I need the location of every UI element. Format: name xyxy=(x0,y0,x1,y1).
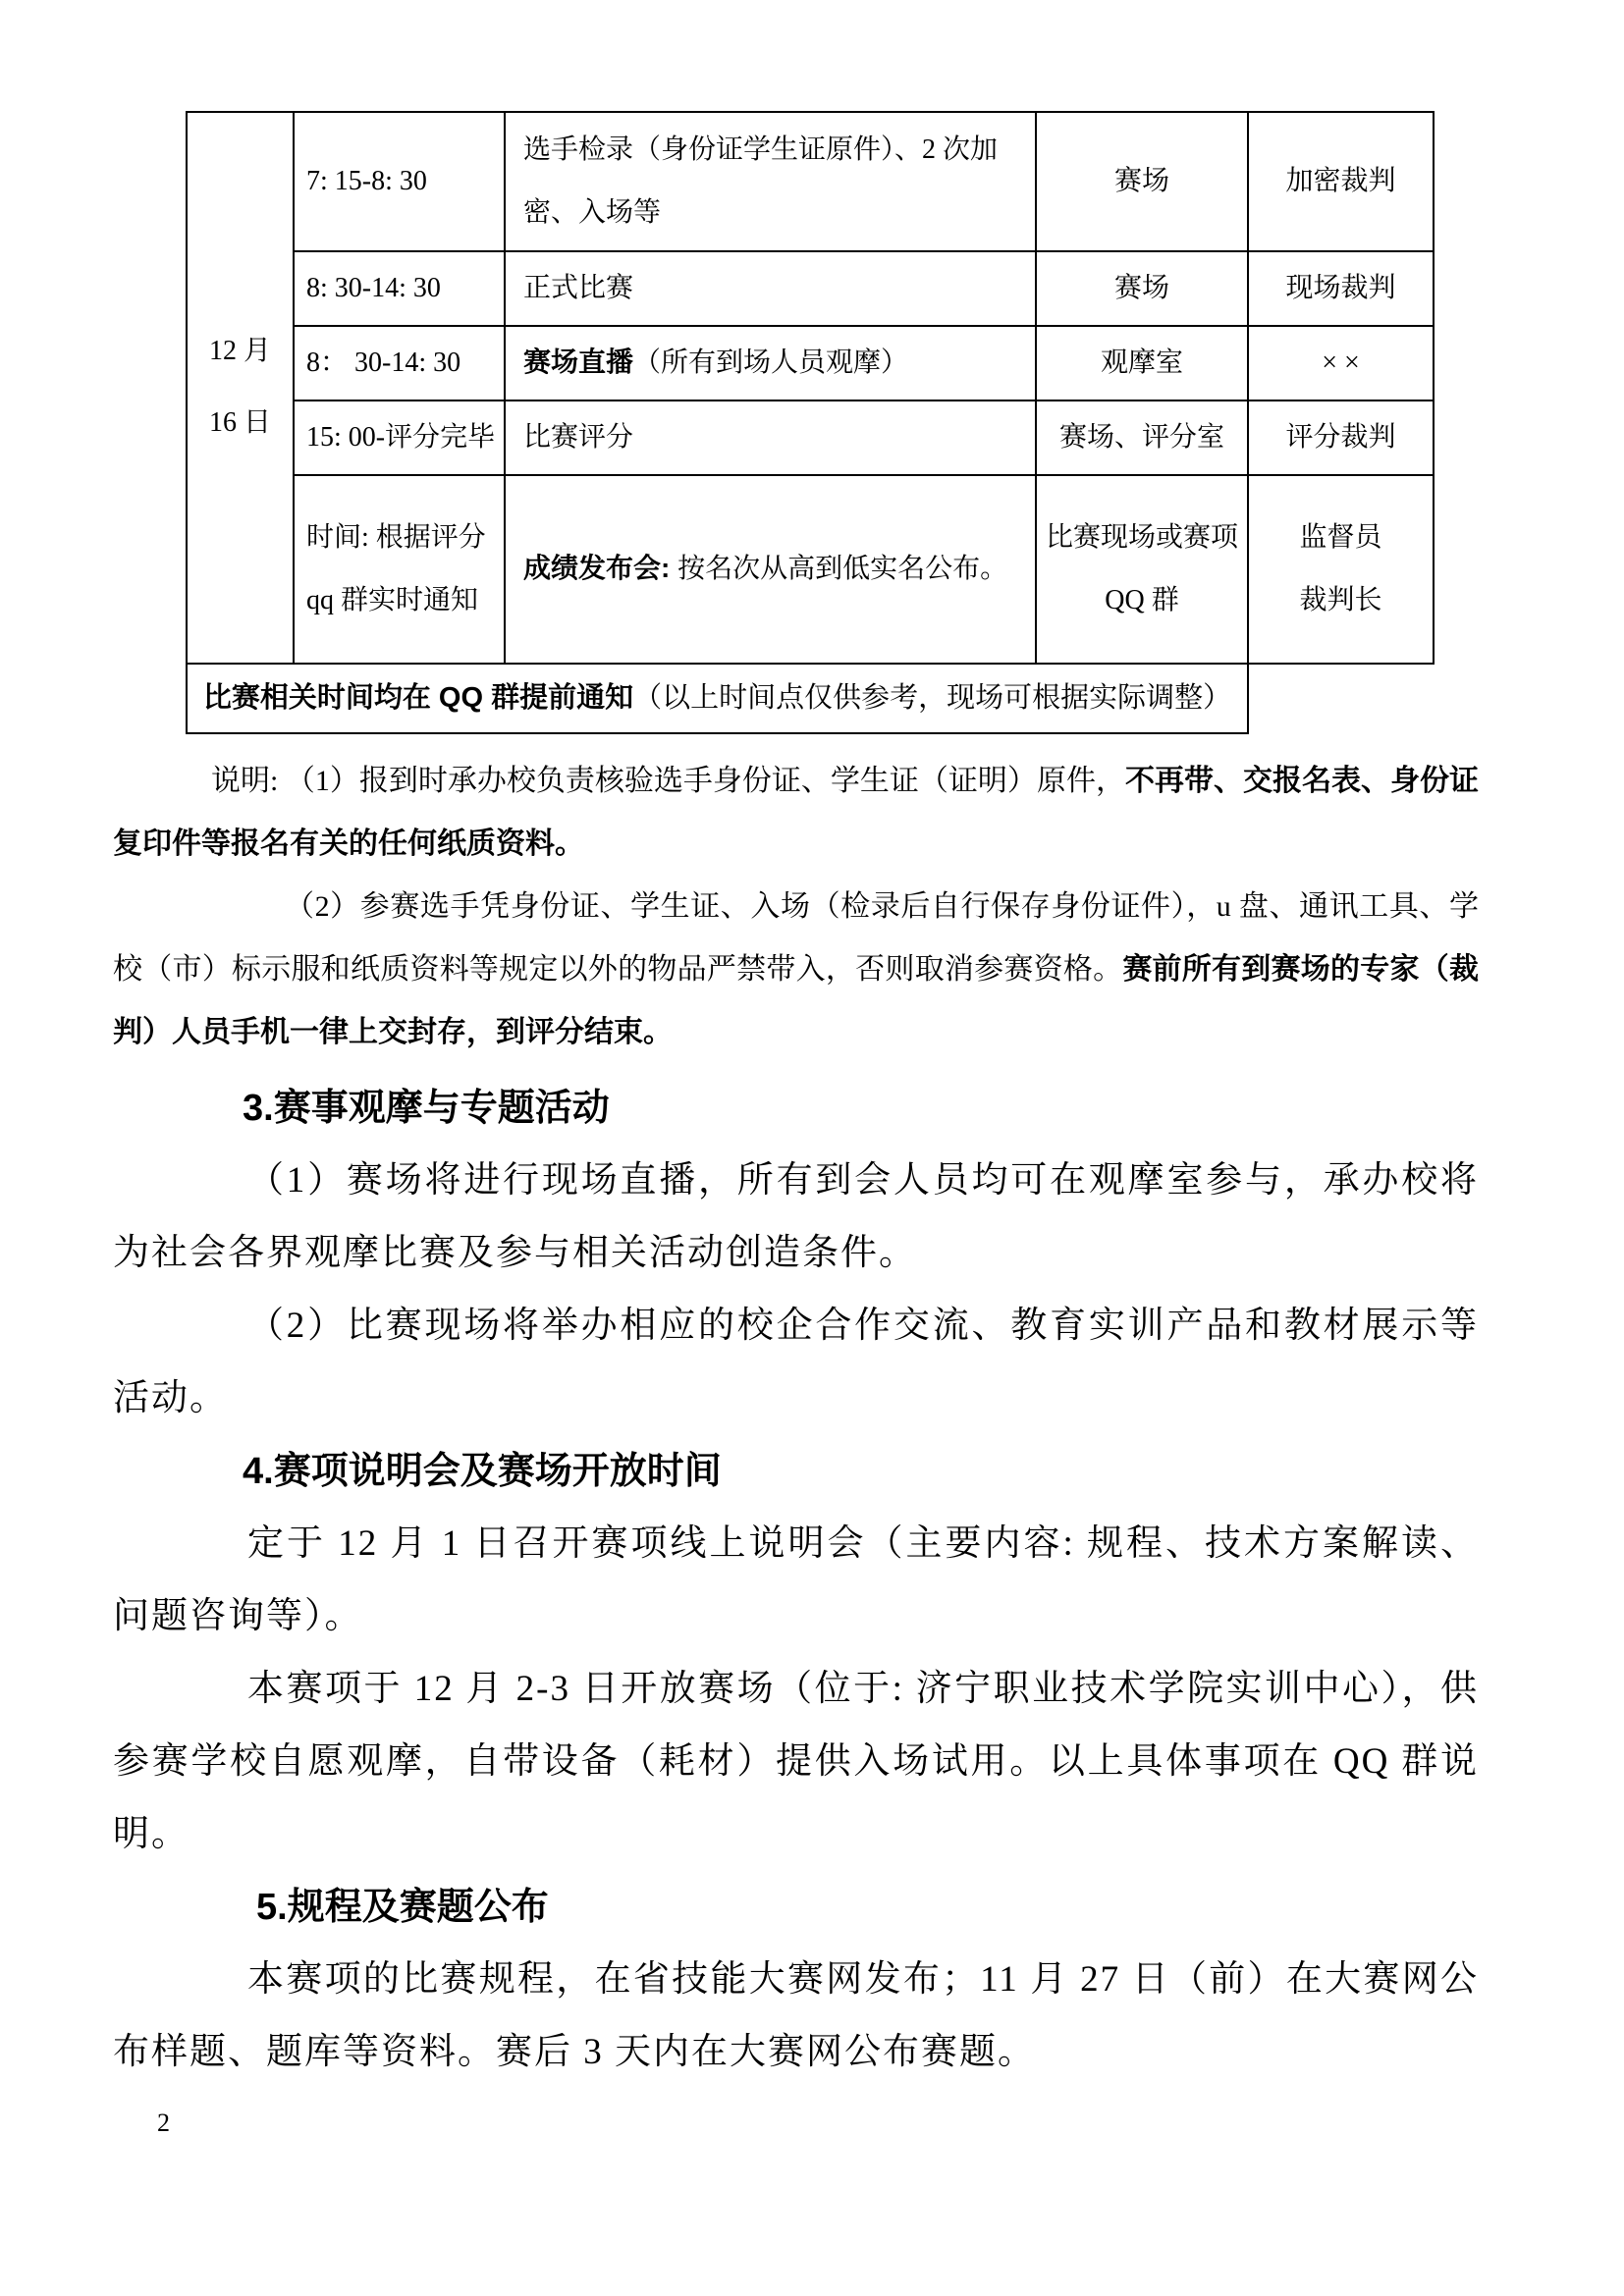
section-3-para-2: （2）比赛现场将举办相应的校企合作交流、教育实训产品和教材展示等活动。 xyxy=(113,1290,1479,1435)
cell-staff-row3: × × xyxy=(1248,326,1434,400)
section-5-heading: 5.规程及赛题公布 xyxy=(256,1871,1479,1944)
cell-content-row1: 选手检录（身份证学生证原件）、2 次加密、入场等 xyxy=(505,112,1036,251)
notice-rest: （以上时间点仅供参考，现场可根据实际调整） xyxy=(633,682,1231,714)
cell-content-row5: 成绩发布会: 按名次从高到低实名公布。 xyxy=(505,475,1036,664)
section-4-para-1: 定于 12 月 1 日召开赛项线上说明会（主要内容: 规程、技术方案解读、问题咨… xyxy=(113,1508,1479,1653)
cell-time-row5: 时间: 根据评分 qq 群实时通知 xyxy=(294,475,505,664)
page-number: 2 xyxy=(157,2110,170,2136)
document-page: 12 月 16 日 7: 15-8: 30 选手检录（身份证学生证原件）、2 次… xyxy=(0,0,1624,2296)
schedule-table: 12 月 16 日 7: 15-8: 30 选手检录（身份证学生证原件）、2 次… xyxy=(186,111,1435,734)
cell-time-row1: 7: 15-8: 30 xyxy=(294,112,505,251)
section-4-heading: 4.赛项说明会及赛场开放时间 xyxy=(243,1435,1479,1508)
cell-location-row2: 赛场 xyxy=(1036,251,1248,326)
cell-staff-row1: 加密裁判 xyxy=(1248,112,1434,251)
note-1-text: 说明: （1）报到时承办校负责核验选手身份证、学生证（证明）原件， xyxy=(211,765,1125,797)
cell-location-row1: 赛场 xyxy=(1036,112,1248,251)
section-5-para-1: 本赛项的比赛规程，在省技能大赛网发布；11 月 27 日（前）在大赛网公布样题、… xyxy=(113,1944,1479,2089)
cell-date: 12 月 16 日 xyxy=(187,112,294,664)
location-row5-line1: 比赛现场或赛项 xyxy=(1041,507,1243,569)
cell-time-row2: 8: 30-14: 30 xyxy=(294,251,505,326)
cell-content-row4: 比赛评分 xyxy=(505,400,1036,475)
bold-run-results-release: 成绩发布会: xyxy=(523,553,677,583)
cell-content-row2: 正式比赛 xyxy=(505,251,1036,326)
location-row5-line2: QQ 群 xyxy=(1041,569,1243,632)
cell-staff-row4: 评分裁判 xyxy=(1248,400,1434,475)
cell-notice: 比赛相关时间均在 QQ 群提前通知（以上时间点仅供参考，现场可根据实际调整） xyxy=(187,664,1248,733)
note-2: （2）参赛选手凭身份证、学生证、入场（检录后自行保存身份证件），u 盘、通讯工具… xyxy=(113,876,1479,1064)
staff-row5-line1: 监督员 xyxy=(1253,507,1429,569)
notice-bold: 比赛相关时间均在 QQ 群提前通知 xyxy=(203,682,633,714)
section-3-para-1: （1）赛场将进行现场直播，所有到会人员均可在观摩室参与，承办校将为社会各界观摩比… xyxy=(113,1145,1479,1290)
cell-time-row3: 8： 30-14: 30 xyxy=(294,326,505,400)
cell-location-row5: 比赛现场或赛项 QQ 群 xyxy=(1036,475,1248,664)
body-sections: 3.赛事观摩与专题活动 （1）赛场将进行现场直播，所有到会人员均可在观摩室参与，… xyxy=(113,1072,1479,2089)
bold-run-live-broadcast: 赛场直播 xyxy=(523,347,633,377)
note-1: 说明: （1）报到时承办校负责核验选手身份证、学生证（证明）原件，不再带、交报名… xyxy=(113,750,1479,876)
date-line-2: 16 日 xyxy=(189,388,292,459)
cell-staff-row2: 现场裁判 xyxy=(1248,251,1434,326)
date-line-1: 12 月 xyxy=(189,316,292,388)
cell-location-row3: 观摩室 xyxy=(1036,326,1248,400)
cell-content-row3: 赛场直播（所有到场人员观摩） xyxy=(505,326,1036,400)
content-row3-rest: （所有到场人员观摩） xyxy=(633,347,908,378)
staff-row5-line2: 裁判长 xyxy=(1253,569,1429,632)
content-row5-rest: 按名次从高到低实名公布。 xyxy=(677,554,1007,584)
cell-location-row4: 赛场、评分室 xyxy=(1036,400,1248,475)
cell-staff-row5: 监督员 裁判长 xyxy=(1248,475,1434,664)
section-3-heading: 3.赛事观摩与专题活动 xyxy=(243,1072,1479,1145)
section-4-para-2: 本赛项于 12 月 2-3 日开放赛场（位于: 济宁职业技术学院实训中心），供参… xyxy=(113,1653,1479,1871)
notes-block: 说明: （1）报到时承办校负责核验选手身份证、学生证（证明）原件，不再带、交报名… xyxy=(113,750,1479,1064)
cell-time-row4: 15: 00-评分完毕 xyxy=(294,400,505,475)
